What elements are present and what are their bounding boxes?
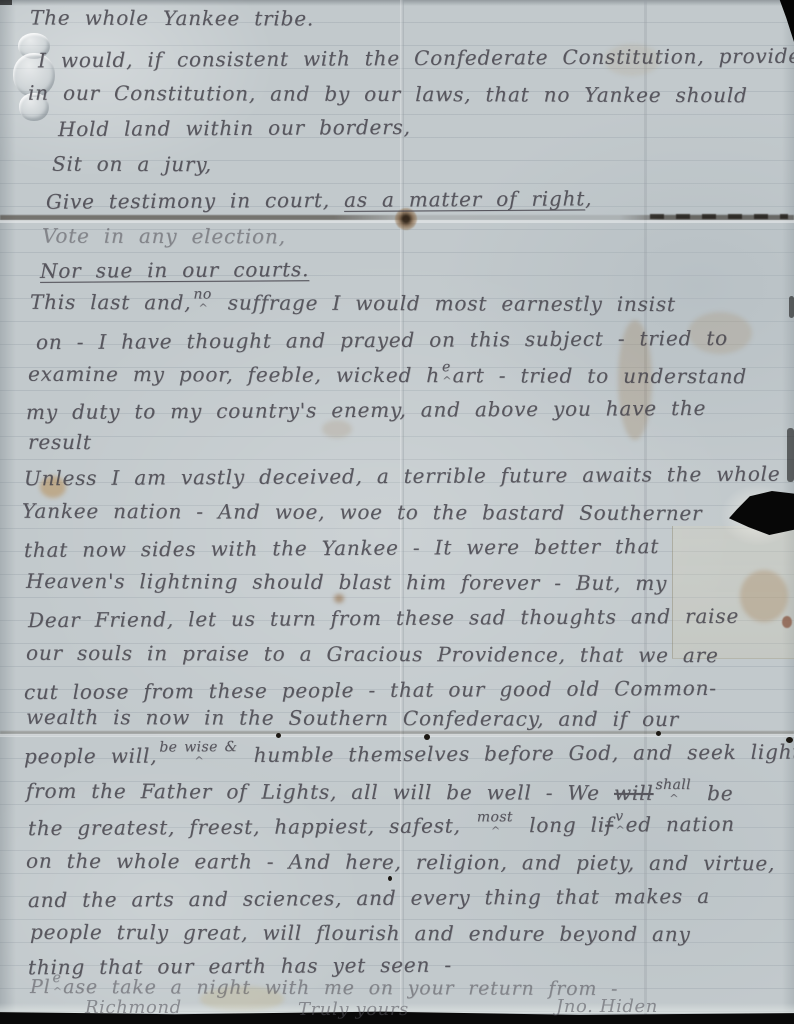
line-text: long li — [515, 813, 605, 838]
handwritten-line: The whole Yankee tribe. — [30, 6, 314, 31]
line-text: Pl — [30, 976, 51, 998]
ink-dot — [276, 733, 281, 738]
handwritten-line: on the whole earth - And here, religion,… — [26, 849, 775, 876]
inserted-word: most — [475, 809, 515, 825]
struck-word: will — [614, 781, 654, 805]
fold-crease-horizontal-lower-highlight — [0, 734, 794, 737]
ink-dot — [388, 876, 392, 881]
line-text: This last and, — [30, 290, 191, 315]
handwritten-line: Unless I am vastly deceived, a terrible … — [24, 462, 781, 491]
handwritten-line: result — [28, 430, 92, 454]
handwritten-line: that now sides with the Yankee - It were… — [24, 534, 659, 562]
ink-dot — [424, 734, 430, 740]
paper-edge-shading-left — [0, 0, 16, 1024]
inserted-letter: e — [50, 970, 63, 986]
line-text: wealth is now in the Southern Confederac… — [26, 705, 679, 731]
handwritten-line: our souls in praise to a Gracious Provid… — [26, 641, 719, 667]
scanned-letter-page: The whole Yankee tribe. I would, if cons… — [0, 0, 794, 1024]
stain — [322, 420, 352, 438]
line-text: suffrage I would most earnestly insist — [214, 291, 676, 317]
line-text: people truly great, will flourish and en… — [30, 920, 691, 946]
place-name: Richmond — [85, 997, 182, 1018]
line-text: cut loose from these people - that our g… — [24, 676, 717, 704]
handwritten-line: in our Constitution, and by our laws, th… — [28, 81, 748, 108]
line-text: ed nation — [625, 812, 735, 837]
handwritten-line: This last and,no suffrage I would most e… — [30, 290, 676, 316]
handwritten-line: Give testimony in court, as a matter of … — [46, 186, 592, 213]
line-text: the greatest, freest, happiest, safest, — [28, 813, 475, 840]
handwritten-line: people will,be wise & humble themselves … — [24, 740, 794, 769]
line-text: , — [585, 186, 592, 210]
right-edge-tear-mark — [789, 296, 794, 318]
line-text: Vote in any election, — [42, 224, 286, 249]
handwritten-line: Nor sue in our courts. — [40, 257, 309, 283]
ink-dot — [656, 731, 661, 736]
line-text: on the whole earth - And here, religion,… — [26, 849, 775, 876]
handwritten-line: examine my poor, feeble, wicked heart - … — [28, 362, 747, 389]
handwritten-line: my duty to my country's enemy, and above… — [26, 396, 706, 424]
line-text: examine my poor, feeble, wicked h — [28, 362, 440, 387]
inserted-word: no — [191, 286, 213, 302]
line-text: result — [28, 430, 92, 454]
closing: Truly yours — [298, 999, 409, 1020]
inserted-letter: e — [440, 359, 453, 375]
inserted-phrase: be wise & — [157, 739, 239, 756]
line-text: Unless I am vastly deceived, a terrible … — [24, 462, 781, 491]
dark-streaks-on-fold — [650, 214, 788, 219]
line-text: humble themselves before God, and seek l… — [239, 740, 794, 767]
handwritten-line: the greatest, freest, happiest, safest, … — [28, 812, 735, 840]
handwritten-line: Yankee nation - And woe, woe to the bast… — [22, 499, 703, 525]
line-text: be — [693, 781, 733, 805]
inserted-letter: v — [613, 809, 625, 825]
line-text: Hold land within our borders, — [58, 115, 411, 141]
handwritten-line: and the arts and sciences, and every thi… — [28, 884, 710, 912]
handwritten-line: Heaven's lightning should blast him fore… — [26, 569, 667, 595]
underlined-phrase: as a matter of right — [344, 186, 585, 211]
line-text: from the Father of Lights, all will be w… — [26, 779, 614, 805]
line-text: in our Constitution, and by our laws, th… — [28, 81, 748, 108]
line-text: our souls in praise to a Gracious Provid… — [26, 641, 719, 667]
line-text: Give testimony in court, — [46, 188, 344, 214]
handwritten-line: on - I have thought and prayed on this s… — [36, 326, 728, 354]
inserted-word: shall — [654, 777, 694, 793]
line-text: people will, — [24, 744, 157, 769]
handwritten-line: from the Father of Lights, all will be w… — [26, 779, 734, 805]
handwritten-line: Sit on a jury, — [52, 152, 212, 177]
line-text: art - tried to understand — [453, 363, 747, 388]
handwritten-line: Hold land within our borders, — [58, 115, 411, 141]
line-text: my duty to my country's enemy, and above… — [26, 396, 706, 424]
struck-letter: f — [605, 813, 613, 837]
handwritten-line: wealth is now in the Southern Confederac… — [26, 705, 679, 731]
line-text: Heaven's lightning should blast him fore… — [26, 569, 667, 595]
line-text: that now sides with the Yankee - It were… — [24, 534, 659, 562]
handwritten-line: Dear Friend, let us turn from these sad … — [28, 604, 739, 632]
line-text: on - I have thought and prayed on this s… — [36, 326, 728, 354]
signature: Jno. Hiden — [556, 996, 658, 1017]
handwritten-line: people truly great, will flourish and en… — [30, 920, 691, 946]
handwritten-line: I would, if consistent with the Confeder… — [38, 44, 794, 73]
line-text: I would, if consistent with the Confeder… — [38, 44, 794, 73]
handwritten-line: Vote in any election, — [42, 224, 286, 249]
line-text: Dear Friend, let us turn from these sad … — [28, 604, 739, 632]
embossed-seal — [10, 33, 58, 123]
line-text: The whole Yankee tribe. — [30, 6, 314, 31]
right-edge-tear-mark — [787, 428, 794, 482]
line-text: and the arts and sciences, and every thi… — [28, 884, 710, 912]
line-text: Sit on a jury, — [52, 152, 212, 177]
scan-edge-speck — [0, 0, 12, 5]
underlined-phrase: Nor sue in our courts. — [40, 257, 309, 283]
handwritten-line: cut loose from these people - that our g… — [24, 676, 717, 704]
stain — [334, 594, 344, 603]
line-text: Yankee nation - And woe, woe to the bast… — [22, 499, 703, 525]
